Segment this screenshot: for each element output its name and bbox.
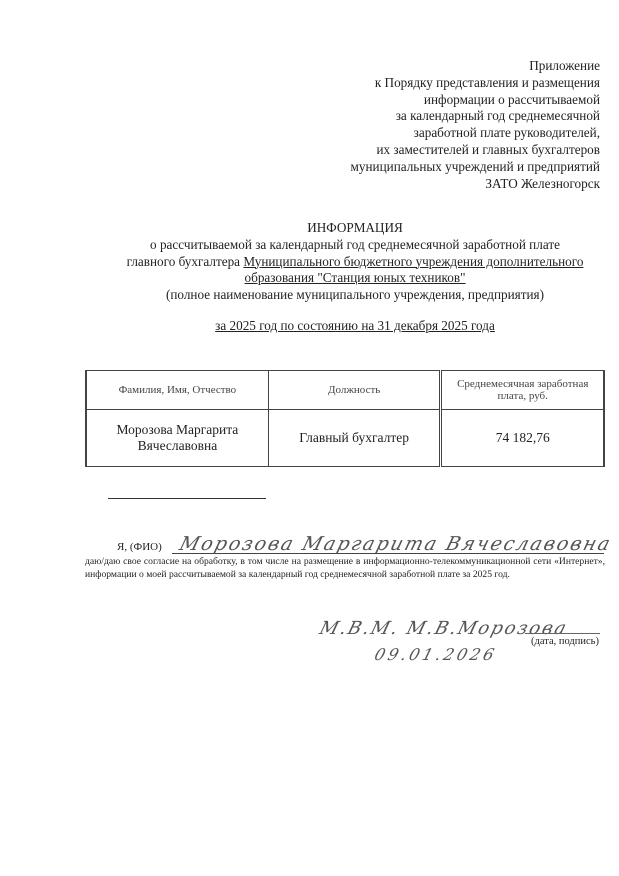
- title-line-4: (полное наименование муниципального учре…: [100, 287, 610, 304]
- cell-fio: Морозова Маргарита Вячеславовна: [86, 410, 268, 467]
- header-salary: Среднемесячная заработная плата, руб.: [441, 371, 604, 410]
- reporting-period: за 2025 год по состоянию на 31 декабря 2…: [100, 318, 610, 335]
- appendix-line: Приложение: [300, 58, 600, 75]
- salary-table: Фамилия, Имя, Отчество Должность Среднем…: [85, 370, 605, 467]
- fio-underline: [172, 553, 604, 554]
- appendix-line: заработной плате руководителей,: [300, 125, 600, 142]
- appendix-line: за календарный год среднемесячной: [300, 108, 600, 125]
- header-fio: Фамилия, Имя, Отчество: [86, 371, 268, 410]
- table-header-row: Фамилия, Имя, Отчество Должность Среднем…: [86, 371, 604, 410]
- organization-name-cont: образования "Станция юных техников": [100, 270, 610, 287]
- handwritten-date: 09.01.2026: [372, 645, 499, 664]
- appendix-header: Приложение к Порядку представления и раз…: [300, 58, 600, 192]
- signature-caption: (дата, подпись): [531, 636, 599, 647]
- table-row: Морозова Маргарита Вячеславовна Главный …: [86, 410, 604, 467]
- position-prefix: главного бухгалтера: [127, 254, 244, 269]
- title-line-1: о рассчитываемой за календарный год сред…: [100, 237, 610, 254]
- appendix-line: информации о рассчитываемой: [300, 92, 600, 109]
- organization-name: Муниципального бюджетного учреждения доп…: [243, 254, 583, 269]
- signature-underline: [525, 633, 600, 634]
- appendix-line: муниципальных учреждений и предприятий: [300, 159, 600, 176]
- document-title-block: ИНФОРМАЦИЯ о рассчитываемой за календарн…: [100, 220, 610, 335]
- header-position: Должность: [268, 371, 441, 410]
- consent-fio-label: Я, (ФИО): [117, 541, 162, 553]
- title-line-2: главного бухгалтера Муниципального бюдже…: [100, 254, 610, 271]
- consent-text: даю/даю свое согласие на обработку, в то…: [85, 556, 605, 581]
- handwritten-fio: Морозова Маргарита Вячеславовна: [177, 533, 614, 555]
- appendix-line: ЗАТО Железногорск: [300, 176, 600, 193]
- document-heading: ИНФОРМАЦИЯ: [100, 220, 610, 237]
- appendix-line: к Порядку представления и размещения: [300, 75, 600, 92]
- divider-line: [108, 498, 266, 499]
- appendix-line: их заместителей и главных бухгалтеров: [300, 142, 600, 159]
- cell-position: Главный бухгалтер: [268, 410, 441, 467]
- cell-salary: 74 182,76: [441, 410, 604, 467]
